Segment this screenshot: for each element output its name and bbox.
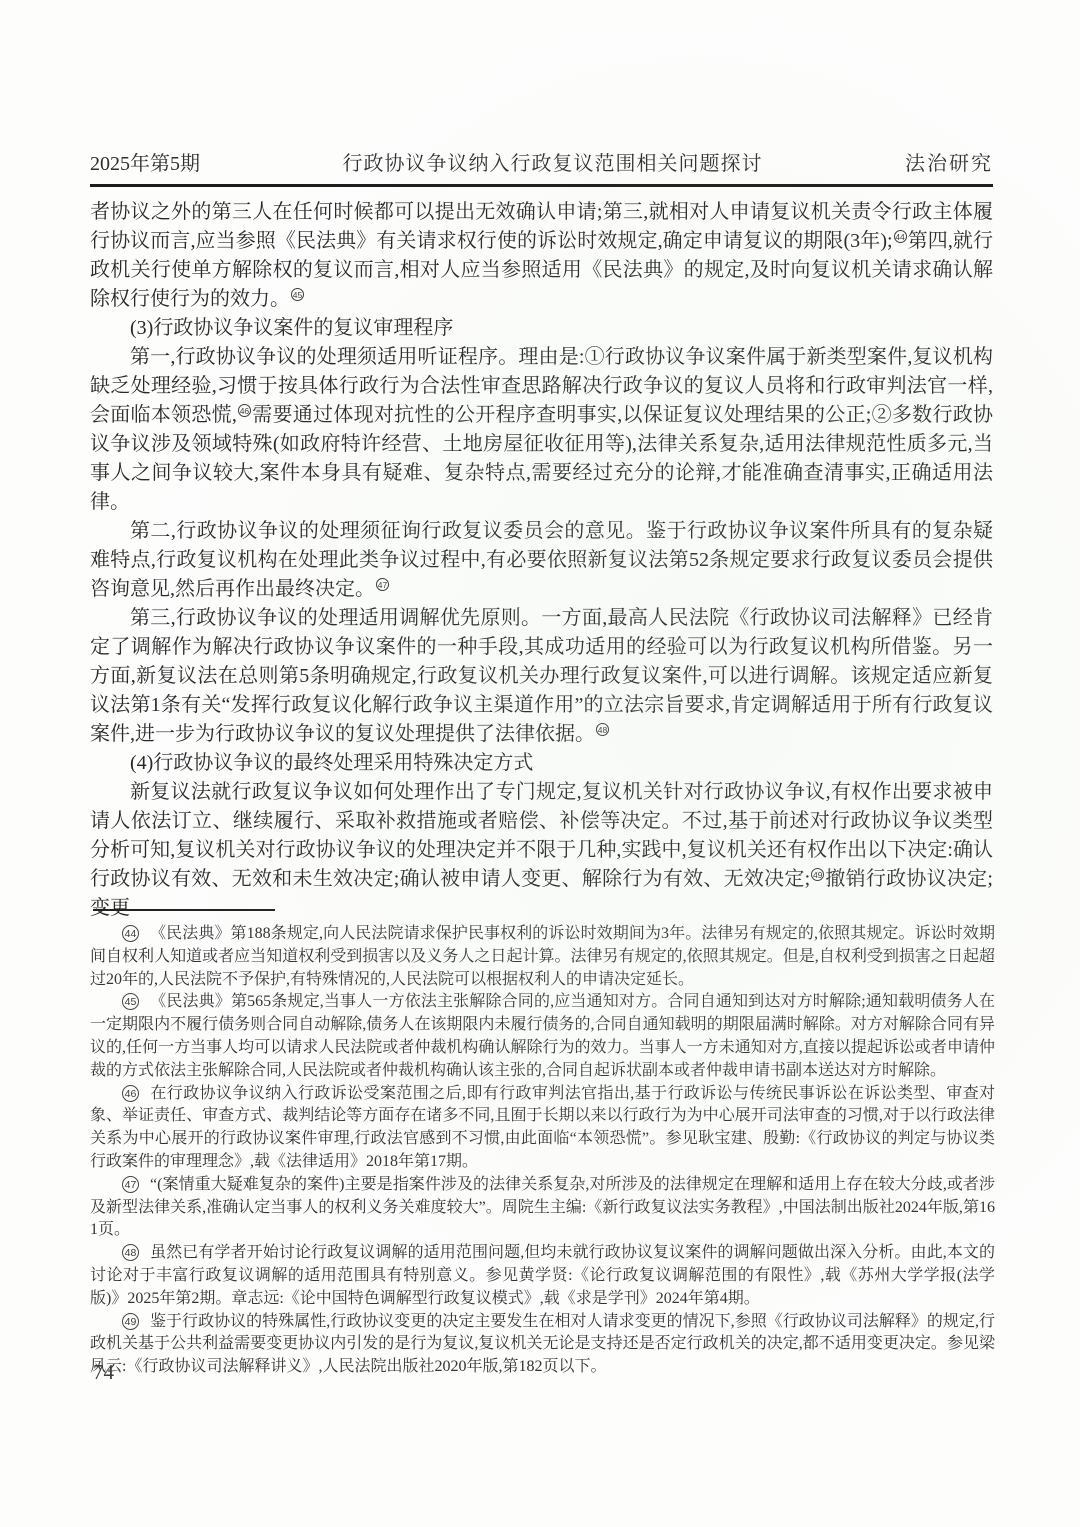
body-paragraph: 第二,行政协议争议的处理须征询行政复议委员会的意见。鉴于行政协议争议案件所具有的… xyxy=(90,517,993,604)
body-paragraph: (4)行政协议争议的最终处理采用特殊决定方式 xyxy=(90,749,993,778)
footnote-48: 48虽然已有学者开始讨论行政复议调解的适用范围问题,但均未就行政协议复议案件的调… xyxy=(90,1242,995,1310)
footnote-number-icon: 49 xyxy=(122,1313,139,1330)
footnote-number-icon: 46 xyxy=(122,1085,139,1102)
footnote-ref-44: 44 xyxy=(894,230,907,243)
footnote-number-icon: 44 xyxy=(122,925,139,942)
document-page: 2025年第5期 行政协议争议纳入行政复议范围相关问题探讨 法治研究 者协议之外… xyxy=(0,0,1080,1527)
footnote-ref-49: 49 xyxy=(811,868,824,881)
page-number: 74 xyxy=(93,1360,114,1385)
footnote-ref-45: 45 xyxy=(291,288,304,301)
footnote-ref-46: 46 xyxy=(238,404,251,417)
body-paragraph: 第三,行政协议争议的处理适用调解优先原则。一方面,最高人民法院《行政协议司法解释… xyxy=(90,604,993,749)
footnote-number-icon: 48 xyxy=(122,1244,139,1261)
footnote-number-icon: 45 xyxy=(122,993,139,1010)
footnote-separator xyxy=(93,909,275,911)
footnote-number-icon: 47 xyxy=(122,1176,139,1193)
article-body: 者协议之外的第三人在任何时候都可以提出无效确认申请;第三,就相对人申请复议机关责… xyxy=(90,198,993,923)
footnote-44: 44《民法典》第188条规定,向人民法院请求保护民事权利的诉讼时效期间为3年。法… xyxy=(90,923,995,991)
page-header: 2025年第5期 行政协议争议纳入行政复议范围相关问题探讨 法治研究 xyxy=(90,147,993,176)
body-paragraph: 新复议法就行政复议争议如何处理作出了专门规定,复议机关针对行政协议争议,有权作出… xyxy=(90,778,993,923)
footnote-ref-48: 48 xyxy=(596,723,609,736)
footnote-49: 49鉴于行政协议的特殊属性,行政协议变更的决定主要发生在相对人请求变更的情况下,… xyxy=(90,1311,995,1379)
body-paragraph: (3)行政协议争议案件的复议审理程序 xyxy=(90,314,993,343)
header-rule xyxy=(90,184,993,187)
footnote-47: 47“(案情重大疑难复杂的案件)主要是指案件涉及的法律关系复杂,对所涉及的法律规… xyxy=(90,1174,995,1242)
footnotes-section: 44《民法典》第188条规定,向人民法院请求保护民事权利的诉讼时效期间为3年。法… xyxy=(90,923,995,1379)
footnote-ref-47: 47 xyxy=(376,578,389,591)
header-journal-name: 法治研究 xyxy=(905,147,993,176)
body-paragraph: 者协议之外的第三人在任何时候都可以提出无效确认申请;第三,就相对人申请复议机关责… xyxy=(90,198,993,314)
footnote-46: 46在行政协议争议纳入行政诉讼受案范围之后,即有行政审判法官指出,基于行政诉讼与… xyxy=(90,1083,995,1174)
header-running-title: 行政协议争议纳入行政复议范围相关问题探讨 xyxy=(200,147,905,176)
header-issue: 2025年第5期 xyxy=(90,147,200,176)
footnote-45: 45《民法典》第565条规定,当事人一方依法主张解除合同的,应当通知对方。合同自… xyxy=(90,991,995,1082)
body-paragraph: 第一,行政协议争议的处理须适用听证程序。理由是:①行政协议争议案件属于新类型案件… xyxy=(90,343,993,517)
